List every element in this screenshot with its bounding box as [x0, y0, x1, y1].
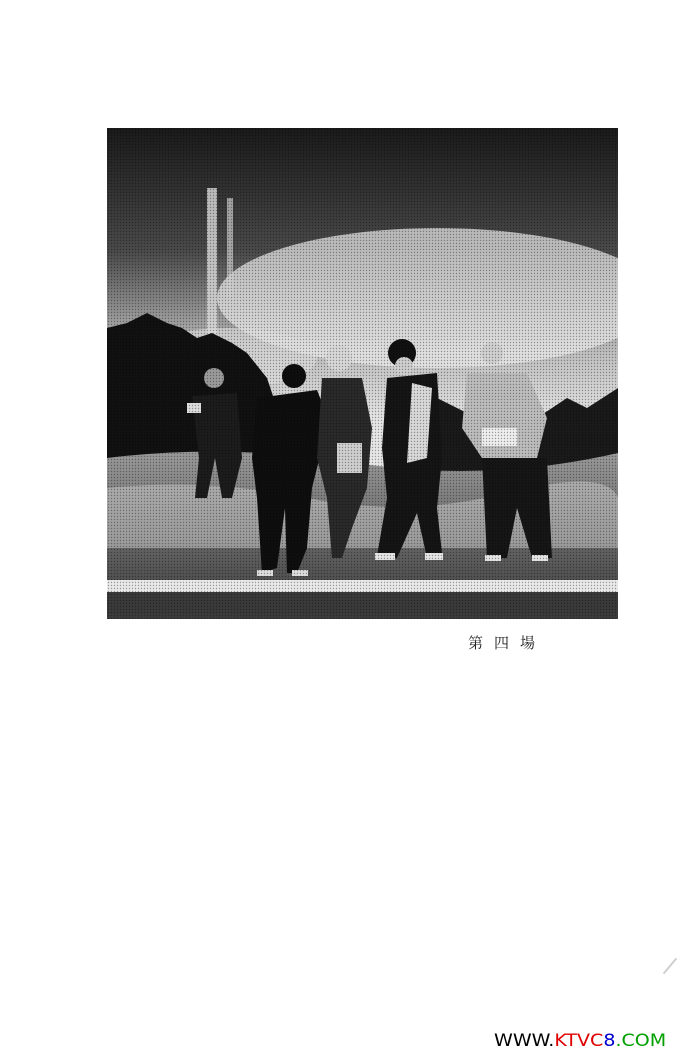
watermark-prefix: WWW.: [494, 1031, 554, 1051]
watermark-brand: KTVC: [554, 1031, 603, 1051]
watermark-digit: 8: [603, 1031, 615, 1051]
stage-photo: [107, 128, 618, 619]
site-watermark: WWW.KTVC8.COM: [494, 1031, 666, 1051]
watermark-suffix: .COM: [615, 1031, 666, 1051]
stage-photo-image: [107, 128, 618, 619]
scan-mark: [663, 958, 677, 975]
scene-caption: 第四場: [468, 632, 546, 653]
